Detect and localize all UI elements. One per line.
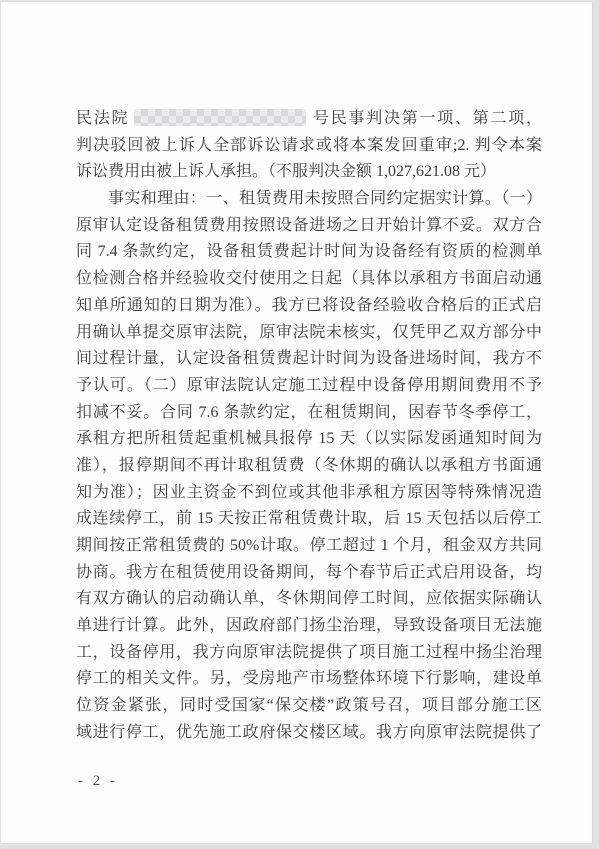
text-line: 扣减不妥。合同 7.6 条款约定，在租赁期间，因春节冬季停工， (76, 400, 542, 427)
text-line: 间过程计量，认定设备租赁费起计时间为设备进场时间，我方不 (76, 346, 542, 373)
page-number: - 2 - (78, 773, 118, 790)
line-text: 民法院 (76, 110, 129, 127)
text-line: 有双方确认的启动确认单，冬休期间停工时间，应依据实际确认 (76, 586, 542, 613)
text-line: 原审认定设备租赁费用按照设备进场之日开始计算不妥。双方合 (76, 213, 542, 240)
text-line: 位检测合格并经验收交付使用之日起（具体以承租方书面启动通 (76, 266, 542, 293)
text-line: 事实和理由：一、租赁费用未按照合同约定据实计算。（一） (76, 186, 542, 213)
text-line: 期间按正常租赁费的 50%计取。停工超过 1 个月，租金双方共同 (76, 533, 542, 560)
text-line: 民法院号民事判决第一项、第二项， (76, 106, 542, 133)
scan-background: { "document": { "page_number": "- 2 -", … (0, 0, 599, 849)
text-line: 单进行计算。此外，因政府部门扬尘治理，导致设备项目无法施 (76, 613, 542, 640)
text-line: 准），报停期间不再计取租赁费（冬休期的确认以承租方书面通 (76, 453, 542, 480)
text-line: 知单所通知的日期为准）。我方已将设备经验收合格后的正式启 (76, 293, 542, 320)
text-line: 停工的相关文件。另，受房地产市场整体环境下行影响，建设单 (76, 666, 542, 693)
text-line: 成连续停工，前 15 天按正常租赁费计取，后 15 天包括以后停工 (76, 506, 542, 533)
text-line: 承租方把所租赁起重机械具报停 15 天（以实际发函通知时间为 (76, 426, 542, 453)
text-line: 诉讼费用由被上诉人承担。（不服判决金额 1,027,621.08 元） (76, 159, 542, 186)
text-line: 位资金紧张，同时受国家“保交楼”政策号召，项目部分施工区 (76, 693, 542, 720)
text-line: 判决驳回被上诉人全部诉讼请求或将本案发回重审;2. 判令本案 (76, 133, 542, 160)
text-line: 予认可。（二）原审法院认定施工过程中设备停用期间费用不予 (76, 373, 542, 400)
text-line: 协商。我方在租赁使用设备期间，每个春节后正式启用设备，均 (76, 560, 542, 587)
judgment-text-block: 民法院号民事判决第一项、第二项，判决驳回被上诉人全部诉讼请求或将本案发回重审;2… (76, 106, 542, 747)
text-line: 同 7.4 条款约定，设备租赁费起计时间为设备经有资质的检测单 (76, 239, 542, 266)
text-line: 知为准）；因业主资金不到位或其他非承租方原因等特殊情况造 (76, 480, 542, 507)
text-line: 用确认单提交原审法院，原审法院未核实，仅凭甲乙双方部分中 (76, 320, 542, 347)
document-page: 民法院号民事判决第一项、第二项，判决驳回被上诉人全部诉讼请求或将本案发回重审;2… (1, 2, 593, 843)
text-line: 工，设备停用，我方向原审法院提供了项目施工过程中扬尘治理 (76, 640, 542, 667)
line-text: 号民事判决第一项、第二项， (311, 110, 542, 127)
text-line: 域进行停工，优先施工政府保交楼区域。我方向原审法院提供了 (76, 720, 542, 747)
redaction-blur (134, 109, 306, 126)
